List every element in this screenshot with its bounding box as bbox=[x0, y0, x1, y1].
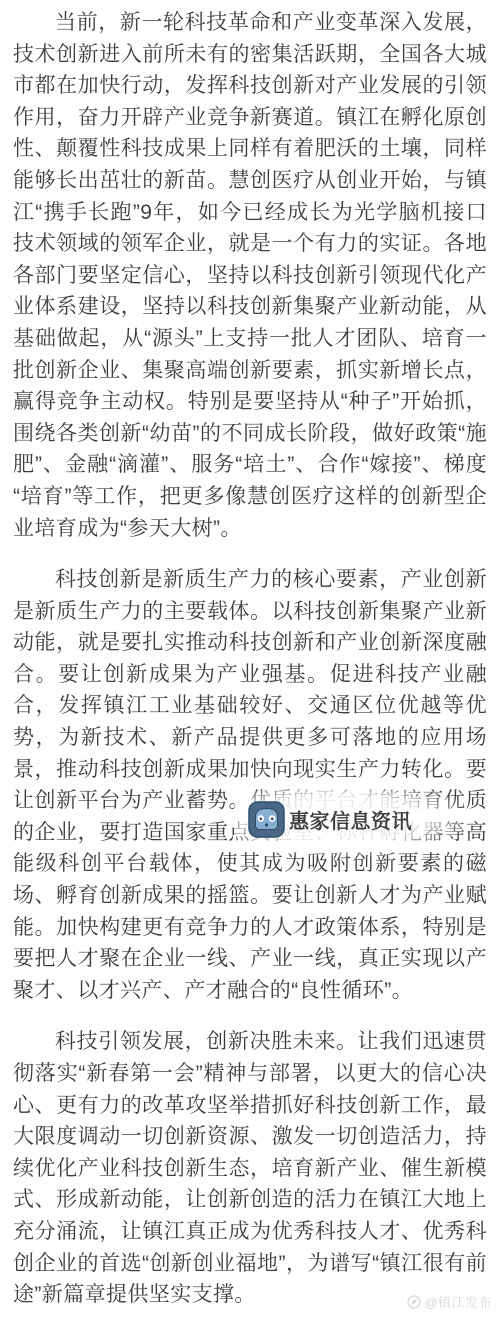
paragraph-3: 科技引领发展，创新决胜未来。让我们迅速贯彻落实“新春第一会”精神与部署，以更大的… bbox=[13, 1026, 487, 1310]
article-body: 当前，新一轮科技革命和产业变革深入发展，技术创新进入前所未有的密集活跃期，全国各… bbox=[0, 0, 500, 1311]
paragraph-2: 科技创新是新质生产力的核心要素，产业创新是新质生产力的主要载体。以科技创新集聚产… bbox=[13, 564, 487, 1006]
article-page: { "page": { "background_color": "#fefefe… bbox=[0, 0, 500, 1317]
paragraph-1: 当前，新一轮科技革命和产业变革深入发展，技术创新进入前所未有的密集活跃期，全国各… bbox=[13, 7, 487, 544]
